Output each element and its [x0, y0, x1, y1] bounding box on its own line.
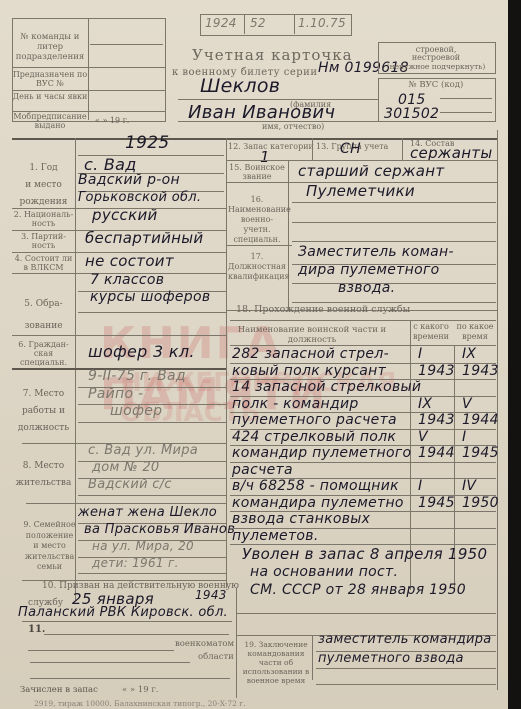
- conscription-place: Паланский РВК Кировск. обл.: [18, 605, 228, 620]
- family-4: дети: 1961 г.: [92, 556, 179, 570]
- service-to: IV: [462, 478, 476, 494]
- service-unit: пулеметного расчета: [232, 412, 397, 428]
- field-16-label: 16. Наименование военно-учетн. специальн…: [228, 195, 286, 245]
- family-3: на ул. Мира, 20: [92, 539, 194, 553]
- service-unit: пулеметов.: [232, 528, 319, 544]
- service-unit: 282 запасной стрел-: [232, 346, 389, 362]
- education-2: курсы шоферов: [90, 289, 210, 305]
- field-2-label: 2. Националь­ность: [12, 210, 75, 228]
- vus-value-2: 301502: [384, 106, 439, 122]
- field-12-label: 12. Запас категории: [228, 142, 314, 151]
- field-5-label: 5. Обра-зование: [12, 293, 75, 337]
- discharge-line-1: Уволен в запас 8 апреля 1950: [242, 545, 487, 563]
- education-1: 7 классов: [90, 272, 164, 288]
- stamp-cell-3: 1.10.75: [298, 16, 346, 30]
- field-9-label: 9. Семейноеположениеи местожительствасем…: [22, 520, 77, 573]
- vus-label: № ВУС (код): [378, 81, 494, 90]
- mob-order-date: « » 19 г.: [95, 116, 163, 125]
- field-4-label: 4. Состоит ли в ВЛКСМ: [12, 254, 75, 272]
- service-from: I: [418, 478, 422, 494]
- surname: Шеклов: [200, 75, 280, 97]
- birth-year: 1925: [125, 133, 169, 153]
- label-assigned-vus: Предназначен по ВУС №: [12, 70, 88, 88]
- given-names: Иван Иванович: [188, 102, 335, 123]
- field-19-label: 19. Заключение командования части об исп…: [240, 640, 312, 685]
- service-unit: 14 запасной стрелковый: [232, 379, 421, 395]
- column-unit-position: Наименование воинской части и должность: [232, 325, 392, 345]
- field-15-label: 15. Воинское звание: [226, 163, 288, 181]
- service-from: IX: [418, 396, 432, 412]
- service-from: 1943: [418, 412, 455, 428]
- service-from: 1945: [418, 495, 455, 511]
- enlisted-reserve-label: Зачислен в запас: [20, 686, 98, 695]
- region-label: области: [198, 653, 234, 662]
- field-3-label: 3. Партий­ность: [12, 232, 75, 250]
- field-6-label: 6. Граждан­ская специальн.: [12, 340, 75, 367]
- service-unit: расчета: [232, 462, 293, 478]
- service-unit: командира пулеметно: [232, 495, 404, 511]
- service-unit: в/ч 68258 - помощник: [232, 478, 399, 494]
- service-to: I: [462, 429, 466, 445]
- service-to: 1944: [462, 412, 499, 428]
- field-17-label: 17. Должностная квалификация: [228, 252, 286, 282]
- label-mob-order: Мобпредписание выдано: [12, 112, 88, 130]
- service-unit: ковый полк курсант: [232, 363, 386, 379]
- workplace-1: 9-II-75 г. Вад: [88, 368, 186, 384]
- birth-district: Вадский р-он: [78, 172, 180, 188]
- residence-3: Вадский с/с: [88, 477, 172, 492]
- service-to: 1950: [462, 495, 499, 511]
- residence-1: с. Вад ул. Мира: [88, 443, 198, 458]
- stamp-cell-2: 52: [250, 16, 266, 30]
- photo-background-edge: [508, 0, 521, 709]
- label-day-hours: День и часы явки: [12, 92, 88, 101]
- account-group: СН: [340, 141, 361, 157]
- job-qualification-1: Заместитель коман-: [298, 244, 454, 260]
- command-conclusion-1: заместитель командира: [318, 632, 492, 647]
- enlisted-reserve-date: « » 19 г.: [122, 686, 158, 695]
- column-to: по какое время: [455, 322, 495, 342]
- record-card: КНИГА ПАМЯТИ НИЖЕГОРОДСКАЯ ОБЛАСТЬ № ком…: [0, 0, 508, 709]
- discharge-line-2: на основании пост.: [250, 564, 398, 580]
- service-to: V: [462, 396, 472, 412]
- service-unit: 424 стрелковый полк: [232, 429, 396, 445]
- civil-specialty: шофер 3 кл.: [88, 342, 195, 361]
- residence-2: дом № 20: [92, 460, 159, 475]
- service-unit: взвода станковых: [232, 511, 370, 527]
- service-from: 1943: [418, 363, 455, 379]
- conscription-year: 1943: [195, 588, 227, 602]
- service-to: IX: [462, 346, 476, 362]
- service-to: 1943: [462, 363, 499, 379]
- family-1: женат жена Шекло: [78, 505, 217, 520]
- command-conclusion-2: пулеметного взвода: [318, 651, 464, 666]
- field-1-label: 1. Годи месторождения: [12, 160, 75, 211]
- service-to: 1945: [462, 445, 499, 461]
- military-commissariat-label: военкоматом: [175, 640, 234, 649]
- field-7-label: 7. Местоработы идолжность: [12, 386, 75, 437]
- family-2: ва Прасковья Иванов: [84, 522, 235, 537]
- military-rank: старший сержант: [298, 162, 444, 180]
- service-unit: полк - командир: [232, 396, 359, 412]
- military-specialty: Пулеметчики: [306, 182, 415, 200]
- service-from: I: [418, 346, 422, 362]
- duty-note: (ненужное подчеркнуть): [378, 62, 494, 71]
- service-history-title: 18. Прохождение военной службы: [236, 305, 410, 314]
- workplace-3: шофер: [110, 403, 162, 419]
- service-from: V: [418, 429, 428, 445]
- field-11-label: 11.: [28, 625, 45, 634]
- birth-region: Горьковской обл.: [78, 190, 201, 205]
- komsomol-status: не состоит: [85, 252, 174, 270]
- stamp-cell-1: 1924: [205, 16, 237, 30]
- label-team-number: № команды и литер подразделения: [12, 32, 88, 62]
- field-8-label: 8. Местожительства: [12, 458, 75, 492]
- name-label: имя, отчество): [262, 122, 324, 131]
- job-qualification-3: взвода.: [338, 280, 395, 296]
- party-membership: беспартийный: [85, 229, 203, 247]
- discharge-line-3: СМ. СССР от 28 января 1950: [250, 582, 466, 598]
- job-qualification-2: дира пулеметного: [298, 262, 439, 278]
- printer-imprint: 2919, тираж 10000. Балахнинская типогр.,…: [34, 699, 246, 708]
- service-unit: командир пулеметного: [232, 445, 411, 461]
- column-from: с какого времени: [412, 322, 450, 342]
- nationality: русский: [92, 206, 158, 224]
- workplace-2: Райпо -: [88, 386, 143, 402]
- service-from: 1944: [418, 445, 455, 461]
- duty-noncombat: нестроевой: [378, 53, 494, 62]
